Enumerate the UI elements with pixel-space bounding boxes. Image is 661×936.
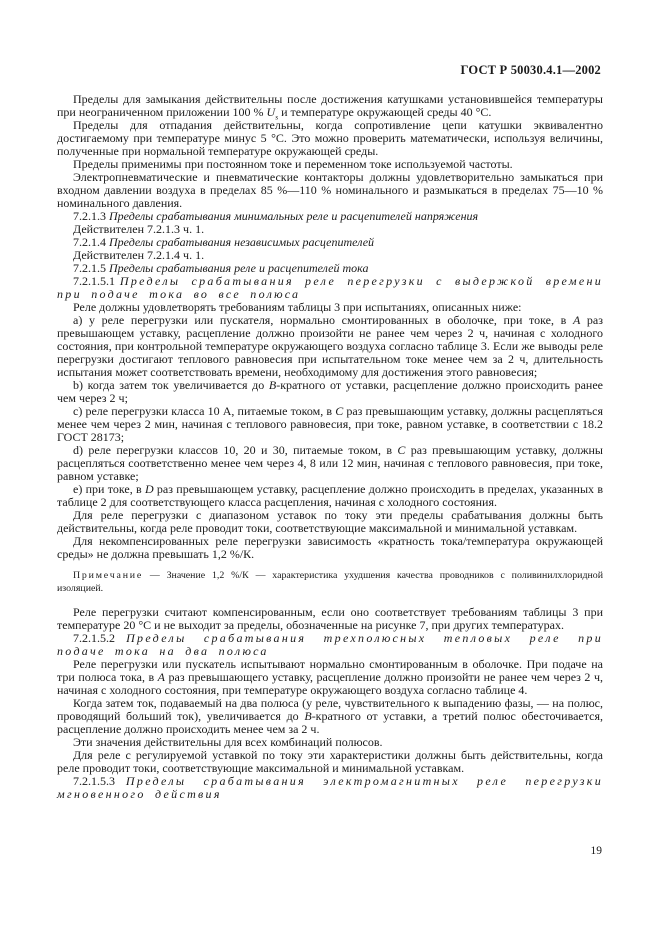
text-run: 7.2.1.5.3 [73, 774, 126, 788]
text-run: A [158, 670, 165, 684]
text-run: d) реле перегрузки классов 10, 20 и 30, … [73, 443, 397, 457]
text-run: 7.2.1.3 [73, 209, 109, 223]
para-adjustable-setting: Для реле с регулируемой уставкой по току… [57, 749, 603, 775]
text-run: 7.2.1.4 [73, 235, 109, 249]
text-run: Примечание [73, 570, 143, 581]
text-run: 7.2.1.5 [73, 261, 109, 275]
text-run: 7.2.1.5.1 [73, 274, 120, 288]
text-run: Для некомпенсированных реле перегрузки з… [57, 534, 603, 561]
text-run: Действителен 7.2.1.3 ч. 1. [73, 222, 204, 236]
text-run: Действителен 7.2.1.4 ч. 1. [73, 248, 204, 262]
text-run: e) при токе, в [73, 482, 145, 496]
text-run: Пределы срабатывания минимальных реле и … [109, 209, 478, 223]
clause-heading-7-2-1-5-1: 7.2.1.5.1 Пределы срабатывания реле пере… [57, 275, 603, 301]
text-run: и температуре окружающей среды 40 °С. [278, 105, 491, 119]
para-closing-limits: Пределы для замыкания действительны посл… [57, 93, 603, 119]
text-run: c) реле перегрузки класса 10 А, питаемые… [73, 404, 335, 418]
para-compensated-relays: Реле перегрузки считают компенсированным… [57, 606, 603, 632]
text-run: Электропневматические и пневматические к… [57, 170, 603, 210]
clause-heading-7-2-1-5-2: 7.2.1.5.2 Пределы срабатывания трехполюс… [57, 632, 603, 658]
para-item-e: e) при токе, в D раз превышающем уставку… [57, 483, 603, 509]
text-run: a) у реле перегрузки или пускателя, норм… [73, 313, 573, 327]
para-item-c: c) реле перегрузки класса 10 А, питаемые… [57, 405, 603, 444]
para-setting-range: Для реле перегрузки с диапазоном уставок… [57, 509, 603, 535]
clause-heading-7-2-1-5-3: 7.2.1.5.3 Пределы срабатывания электрома… [57, 775, 603, 801]
text-run: b) когда затем ток увеличивается до [73, 378, 269, 392]
text-run: Эти значения действительны для всех комб… [73, 735, 383, 749]
text-run: Реле перегрузки считают компенсированным… [57, 605, 603, 632]
text-run: Пределы срабатывания электромагнитных ре… [57, 774, 603, 801]
text-run: Для реле перегрузки с диапазоном уставок… [57, 508, 603, 535]
page-number: 19 [591, 845, 603, 857]
document-body: Пределы для замыкания действительны посл… [57, 93, 603, 801]
text-run: Пределы срабатывания трехполюсных теплов… [57, 631, 603, 658]
text-run: Реле должны удовлетворять требованиям та… [73, 300, 521, 314]
para-note: Примечание — Значение 1,2 %/К — характер… [57, 570, 603, 595]
text-run: C [335, 404, 343, 418]
text-run: Пределы применимы при постоянном токе и … [73, 157, 513, 171]
text-run: Для реле с регулируемой уставкой по току… [57, 748, 603, 775]
text-run: B [304, 709, 311, 723]
text-run: Пределы срабатывания реле и расцепителей… [109, 261, 368, 275]
text-run: 7.2.1.5.2 [73, 631, 126, 645]
text-run: Пределы срабатывания независимых расцепи… [109, 235, 374, 249]
text-run: Пределы срабатывания реле перегрузки с в… [57, 274, 603, 301]
para-three-pole-test: Реле перегрузки или пускатель испытывают… [57, 658, 603, 697]
text-run: D [145, 482, 154, 496]
text-run: U [267, 105, 276, 119]
para-item-d: d) реле перегрузки классов 10, 20 и 30, … [57, 444, 603, 483]
document-page: ГОСТ Р 50030.4.1—2002 Пределы для замыка… [0, 0, 661, 936]
para-two-pole-current: Когда затем ток, подаваемый на два полюс… [57, 697, 603, 736]
para-item-b: b) когда затем ток увеличивается до B-кр… [57, 379, 603, 405]
para-dropout-limits: Пределы для отпадания действительны, ког… [57, 119, 603, 158]
para-pneumatic-contactors: Электропневматические и пневматические к… [57, 171, 603, 210]
standard-code-header: ГОСТ Р 50030.4.1—2002 [461, 63, 601, 78]
para-item-a: a) у реле перегрузки или пускателя, норм… [57, 314, 603, 379]
para-uncompensated-relays: Для некомпенсированных реле перегрузки з… [57, 535, 603, 561]
text-run: Пределы для отпадания действительны, ког… [57, 118, 603, 158]
